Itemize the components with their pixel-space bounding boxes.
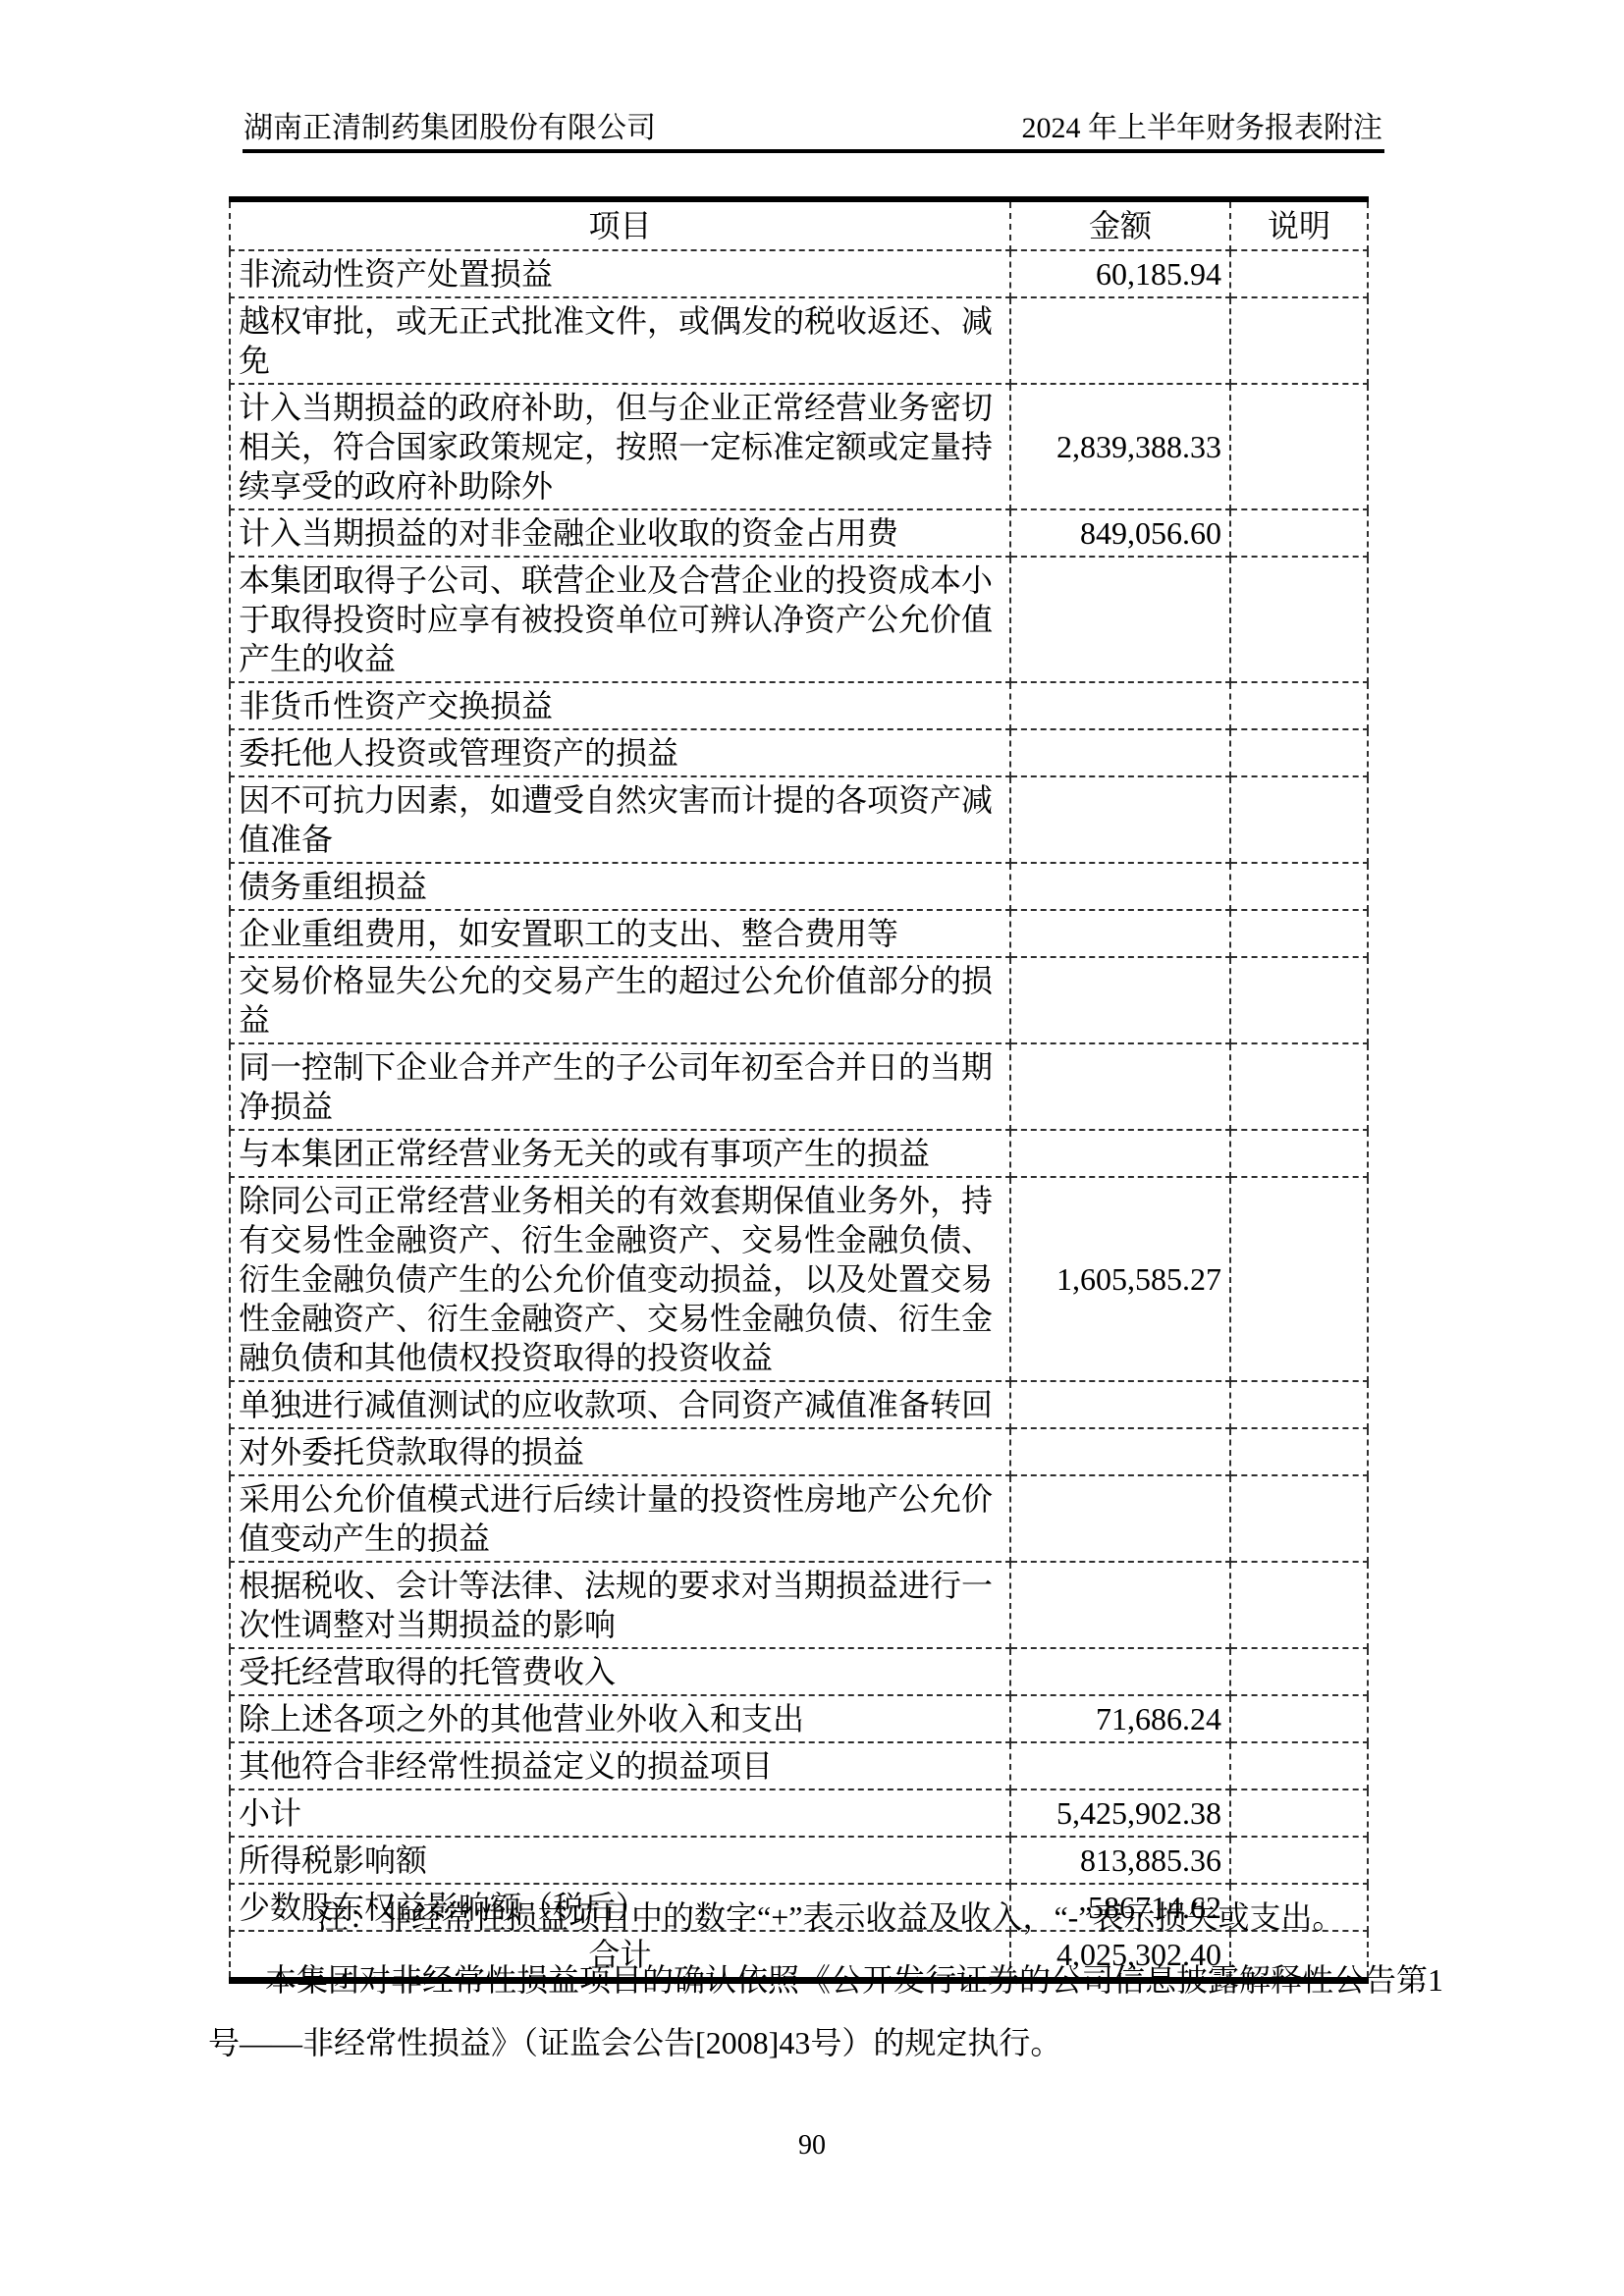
note-cell <box>1230 1648 1368 1695</box>
note-cell <box>1230 1428 1368 1475</box>
item-cell: 计入当期损益的对非金融企业收取的资金占用费 <box>230 509 1010 557</box>
table-row: 采用公允价值模式进行后续计量的投资性房地产公允价值变动产生的损益 <box>230 1475 1368 1562</box>
amount-cell <box>1010 1130 1230 1177</box>
note-cell <box>1230 729 1368 776</box>
amount-cell <box>1010 910 1230 957</box>
item-cell: 越权审批，或无正式批准文件，或偶发的税收返还、减免 <box>230 297 1010 384</box>
table-row: 计入当期损益的对非金融企业收取的资金占用费849,056.60 <box>230 509 1368 557</box>
item-cell: 同一控制下企业合并产生的子公司年初至合并日的当期净损益 <box>230 1043 1010 1130</box>
note-cell <box>1230 682 1368 729</box>
table-row: 因不可抗力因素，如遭受自然灾害而计提的各项资产减值准备 <box>230 776 1368 863</box>
table-header-row: 项目 金额 说明 <box>230 199 1368 250</box>
table-row: 受托经营取得的托管费收入 <box>230 1648 1368 1695</box>
note-cell <box>1230 384 1368 509</box>
note-cell <box>1230 1381 1368 1428</box>
item-cell: 受托经营取得的托管费收入 <box>230 1648 1010 1695</box>
amount-cell: 2,839,388.33 <box>1010 384 1230 509</box>
non-recurring-items-table: 项目 金额 说明 非流动性资产处置损益60,185.94越权审批，或无正式批准文… <box>229 196 1369 1984</box>
amount-cell <box>1010 297 1230 384</box>
table-row: 根据税收、会计等法律、法规的要求对当期损益进行一次性调整对当期损益的影响 <box>230 1562 1368 1648</box>
note-cell <box>1230 863 1368 910</box>
item-cell: 委托他人投资或管理资产的损益 <box>230 729 1010 776</box>
header-rule <box>243 149 1384 153</box>
table-row: 债务重组损益 <box>230 863 1368 910</box>
amount-cell <box>1010 1428 1230 1475</box>
note-cell <box>1230 1043 1368 1130</box>
footnote-sign-convention: 注：非经常性损益项目中的数字“+”表示收益及收入，“-”表示损失或支出。 <box>317 1896 1344 1938</box>
item-cell: 小计 <box>230 1789 1010 1837</box>
non-recurring-items-table-wrap: 项目 金额 说明 非流动性资产处置损益60,185.94越权审批，或无正式批准文… <box>229 196 1367 1984</box>
note-cell <box>1230 1562 1368 1648</box>
page-number: 90 <box>0 2130 1624 2162</box>
note-cell <box>1230 1130 1368 1177</box>
amount-cell <box>1010 863 1230 910</box>
note-cell <box>1230 957 1368 1043</box>
table-row: 非流动性资产处置损益60,185.94 <box>230 250 1368 297</box>
table-row: 除同公司正常经营业务相关的有效套期保值业务外，持有交易性金融资产、衍生金融资产、… <box>230 1177 1368 1381</box>
item-cell: 本集团取得子公司、联营企业及合营企业的投资成本小于取得投资时应享有被投资单位可辨… <box>230 557 1010 682</box>
amount-cell <box>1010 557 1230 682</box>
amount-cell <box>1010 1043 1230 1130</box>
item-cell: 因不可抗力因素，如遭受自然灾害而计提的各项资产减值准备 <box>230 776 1010 863</box>
amount-cell <box>1010 776 1230 863</box>
table-row: 越权审批，或无正式批准文件，或偶发的税收返还、减免 <box>230 297 1368 384</box>
header-doc-title: 2024 年上半年财务报表附注 <box>1022 112 1383 145</box>
amount-cell <box>1010 1381 1230 1428</box>
footnote-basis-line-1: 本集团对非经常性损益项目的确认依照《公开发行证券的公司信息披露解释性公告第1 <box>265 1959 1443 2001</box>
table-row: 企业重组费用，如安置职工的支出、整合费用等 <box>230 910 1368 957</box>
note-cell <box>1230 250 1368 297</box>
table-row: 小计5,425,902.38 <box>230 1789 1368 1837</box>
note-cell <box>1230 1742 1368 1789</box>
note-cell <box>1230 1837 1368 1884</box>
item-cell: 与本集团正常经营业务无关的或有事项产生的损益 <box>230 1130 1010 1177</box>
item-cell: 根据税收、会计等法律、法规的要求对当期损益进行一次性调整对当期损益的影响 <box>230 1562 1010 1648</box>
note-cell <box>1230 297 1368 384</box>
table-row: 本集团取得子公司、联营企业及合营企业的投资成本小于取得投资时应享有被投资单位可辨… <box>230 557 1368 682</box>
amount-cell <box>1010 1742 1230 1789</box>
item-cell: 债务重组损益 <box>230 863 1010 910</box>
table-head: 项目 金额 说明 <box>230 199 1368 250</box>
table-row: 其他符合非经常性损益定义的损益项目 <box>230 1742 1368 1789</box>
column-header-amount: 金额 <box>1010 199 1230 250</box>
item-cell: 交易价格显失公允的交易产生的超过公允价值部分的损益 <box>230 957 1010 1043</box>
table-row: 单独进行减值测试的应收款项、合同资产减值准备转回 <box>230 1381 1368 1428</box>
item-cell: 所得税影响额 <box>230 1837 1010 1884</box>
table-row: 所得税影响额813,885.36 <box>230 1837 1368 1884</box>
amount-cell: 60,185.94 <box>1010 250 1230 297</box>
table-body: 非流动性资产处置损益60,185.94越权审批，或无正式批准文件，或偶发的税收返… <box>230 250 1368 1981</box>
column-header-note: 说明 <box>1230 199 1368 250</box>
amount-cell: 5,425,902.38 <box>1010 1789 1230 1837</box>
item-cell: 单独进行减值测试的应收款项、合同资产减值准备转回 <box>230 1381 1010 1428</box>
amount-cell: 1,605,585.27 <box>1010 1177 1230 1381</box>
amount-cell: 71,686.24 <box>1010 1695 1230 1742</box>
item-cell: 非货币性资产交换损益 <box>230 682 1010 729</box>
note-cell <box>1230 1789 1368 1837</box>
note-cell <box>1230 1475 1368 1562</box>
item-cell: 计入当期损益的政府补助，但与企业正常经营业务密切相关，符合国家政策规定，按照一定… <box>230 384 1010 509</box>
item-cell: 企业重组费用，如安置职工的支出、整合费用等 <box>230 910 1010 957</box>
note-cell <box>1230 1695 1368 1742</box>
column-header-item: 项目 <box>230 199 1010 250</box>
amount-cell: 813,885.36 <box>1010 1837 1230 1884</box>
note-cell <box>1230 557 1368 682</box>
footnote-basis-line-2: 号——非经常性损益》（证监会公告[2008]43号）的规定执行。 <box>208 2022 1061 2063</box>
table-row: 与本集团正常经营业务无关的或有事项产生的损益 <box>230 1130 1368 1177</box>
note-cell <box>1230 776 1368 863</box>
note-cell <box>1230 910 1368 957</box>
table-row: 交易价格显失公允的交易产生的超过公允价值部分的损益 <box>230 957 1368 1043</box>
note-cell <box>1230 509 1368 557</box>
item-cell: 采用公允价值模式进行后续计量的投资性房地产公允价值变动产生的损益 <box>230 1475 1010 1562</box>
item-cell: 其他符合非经常性损益定义的损益项目 <box>230 1742 1010 1789</box>
table-row: 委托他人投资或管理资产的损益 <box>230 729 1368 776</box>
amount-cell <box>1010 729 1230 776</box>
item-cell: 对外委托贷款取得的损益 <box>230 1428 1010 1475</box>
amount-cell <box>1010 682 1230 729</box>
amount-cell: 849,056.60 <box>1010 509 1230 557</box>
table-row: 除上述各项之外的其他营业外收入和支出71,686.24 <box>230 1695 1368 1742</box>
amount-cell <box>1010 1648 1230 1695</box>
amount-cell <box>1010 957 1230 1043</box>
table-row: 同一控制下企业合并产生的子公司年初至合并日的当期净损益 <box>230 1043 1368 1130</box>
table-row: 对外委托贷款取得的损益 <box>230 1428 1368 1475</box>
amount-cell <box>1010 1562 1230 1648</box>
note-cell <box>1230 1177 1368 1381</box>
table-row: 非货币性资产交换损益 <box>230 682 1368 729</box>
amount-cell <box>1010 1475 1230 1562</box>
item-cell: 除同公司正常经营业务相关的有效套期保值业务外，持有交易性金融资产、衍生金融资产、… <box>230 1177 1010 1381</box>
header-company-name: 湖南正清制药集团股份有限公司 <box>244 112 656 145</box>
item-cell: 非流动性资产处置损益 <box>230 250 1010 297</box>
item-cell: 除上述各项之外的其他营业外收入和支出 <box>230 1695 1010 1742</box>
table-row: 计入当期损益的政府补助，但与企业正常经营业务密切相关，符合国家政策规定，按照一定… <box>230 384 1368 509</box>
document-page: 湖南正清制药集团股份有限公司 2024 年上半年财务报表附注 项目 金额 说明 … <box>0 0 1624 2296</box>
